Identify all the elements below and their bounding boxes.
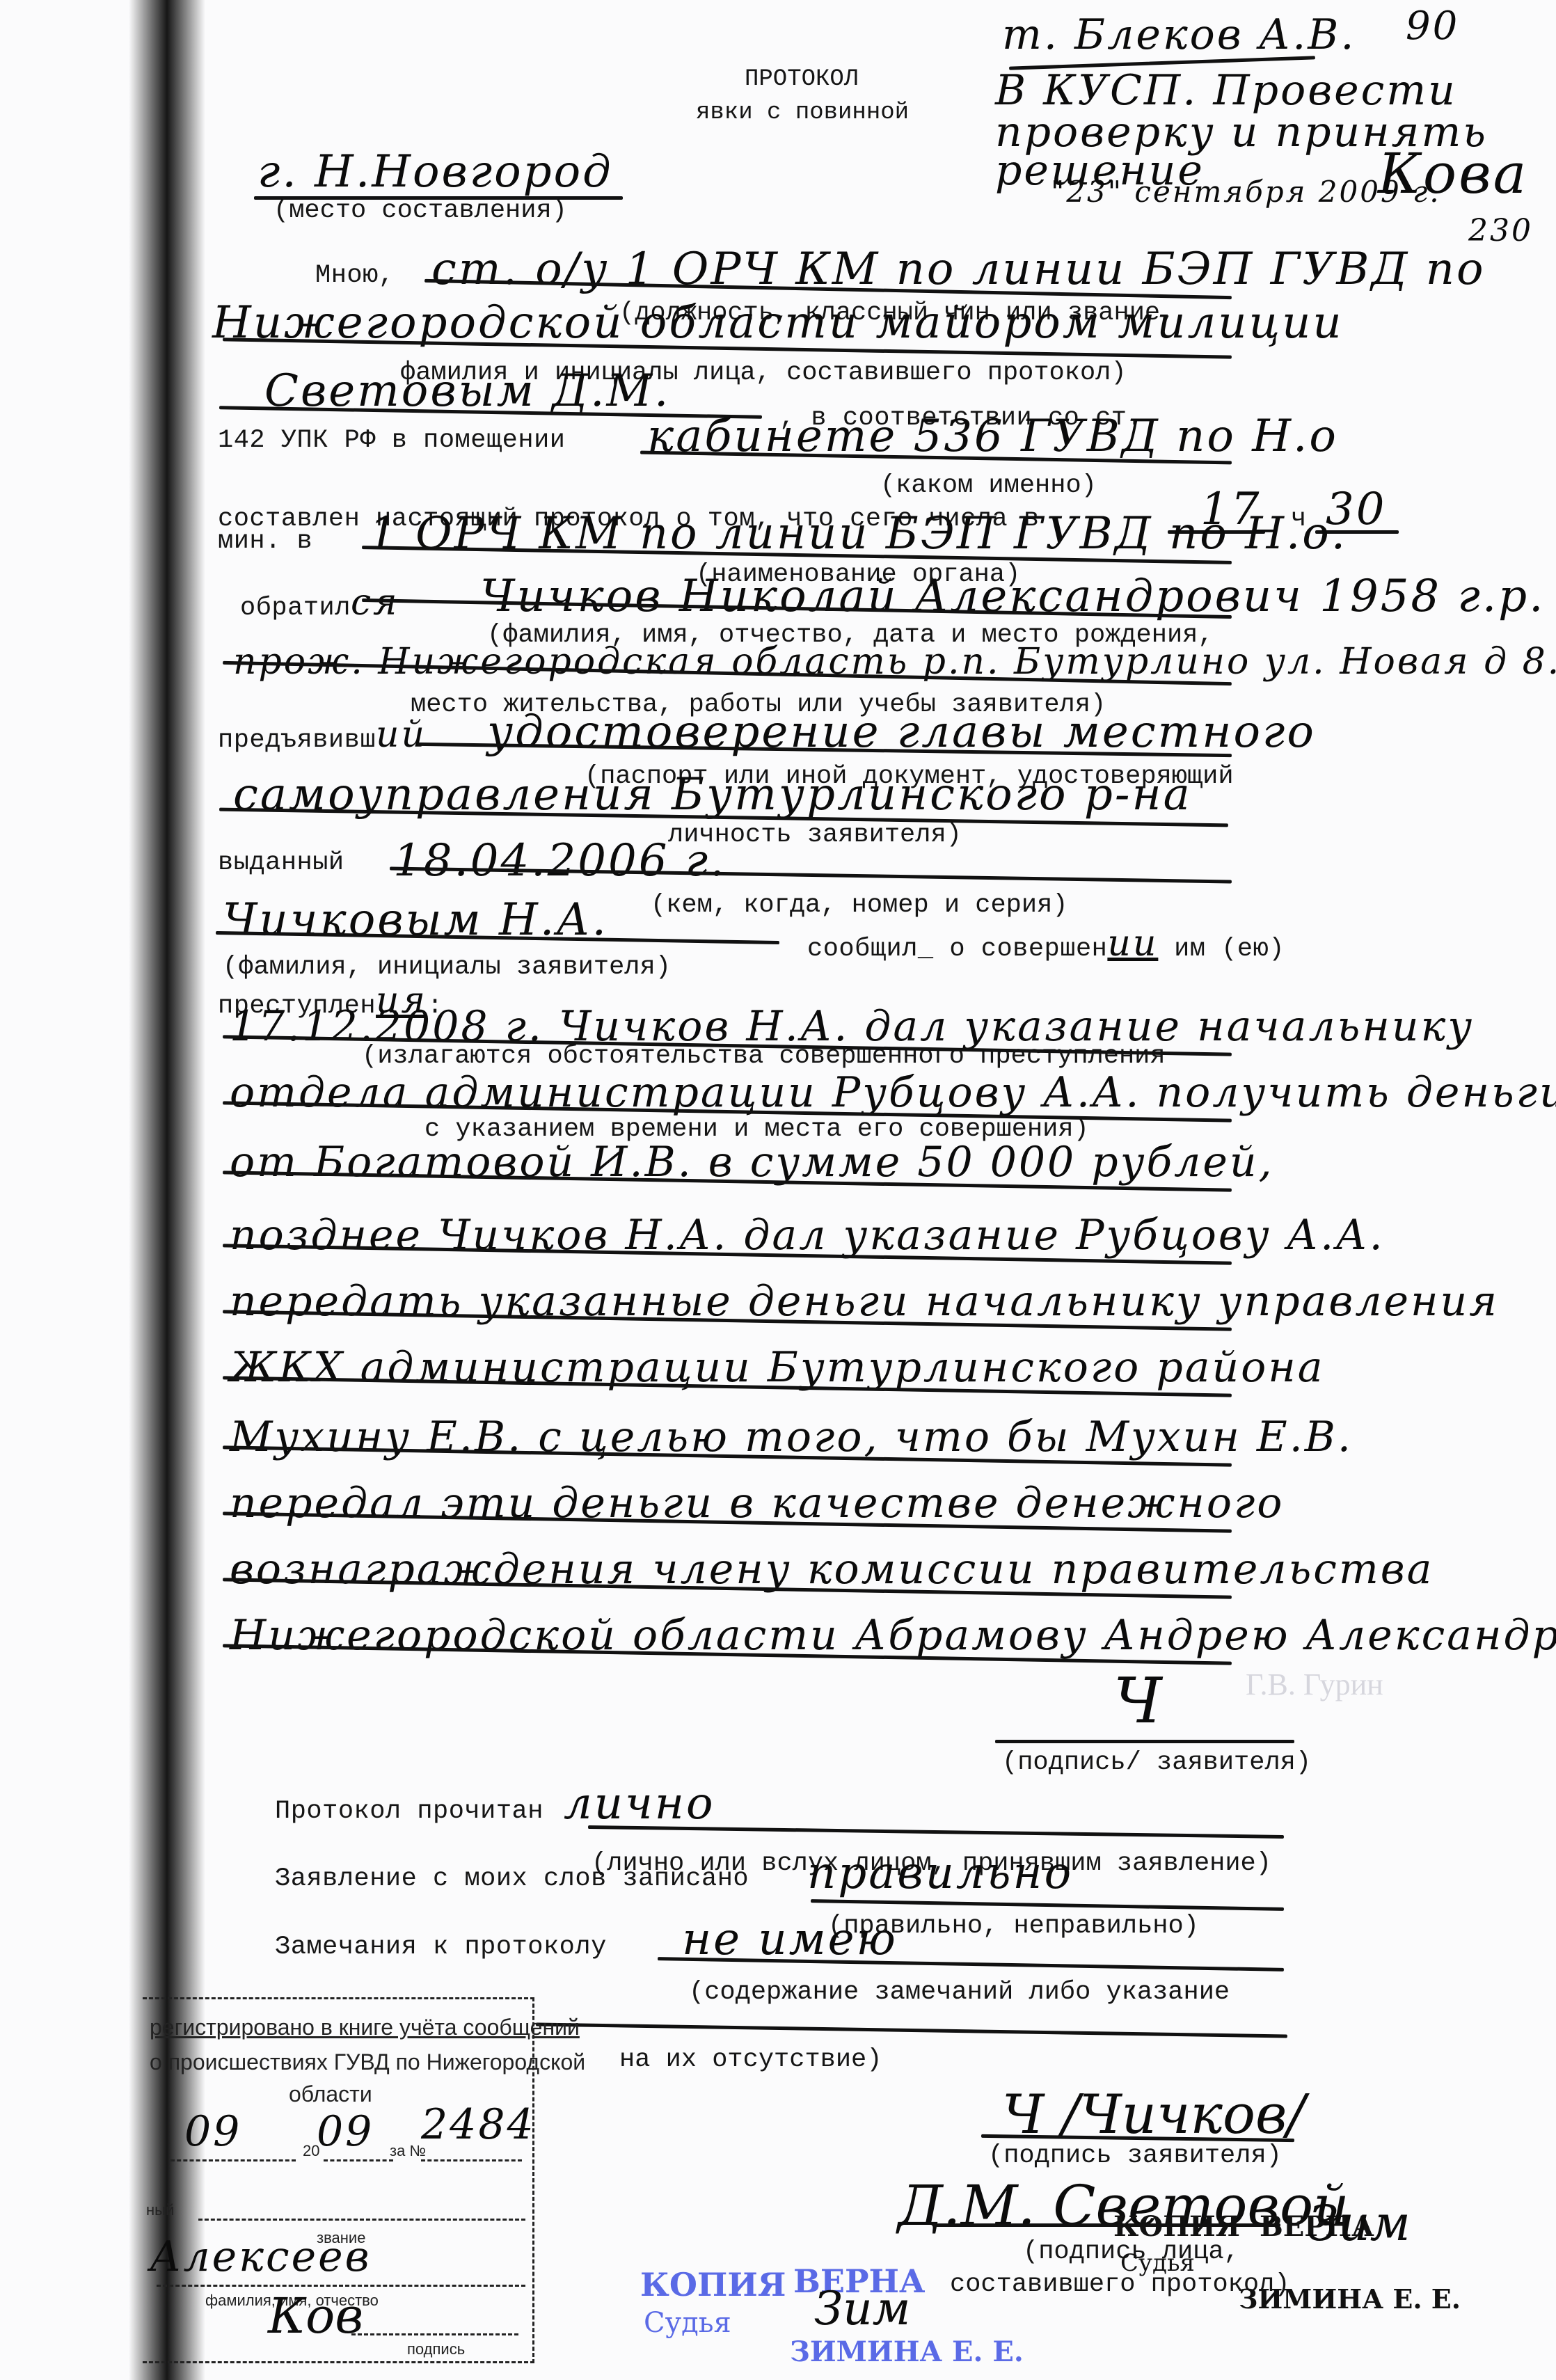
reported-tail: им (ею)	[1174, 935, 1285, 964]
applicant-label-suffix: ся	[351, 582, 399, 624]
read-value: лично	[564, 1782, 715, 1826]
reg-stamp-month: 09	[317, 2111, 374, 2152]
issued-label: выданный	[218, 850, 344, 876]
dashed-line	[170, 2159, 296, 2163]
copy-stamp-blue-word1: КОПИЯ	[640, 2269, 786, 2301]
scanned-document-page: Г.В. Гурин ПРОТОКОЛ явки с повинной т. Б…	[0, 0, 1556, 2380]
copy-stamp-black-word1: КОПИЯ	[1113, 2210, 1240, 2243]
document-label-prefix: предъявивш	[218, 726, 376, 755]
document-subtitle: явки с повинной	[696, 100, 909, 126]
applicant-label: обратился	[240, 585, 399, 621]
final-signature: Ч /Чичков/	[1002, 2088, 1305, 2142]
reg-stamp-signature-caption: подпись	[407, 2340, 465, 2358]
remarks-caption-2: на их отсутствие)	[619, 2047, 882, 2073]
dashed-line	[324, 2159, 393, 2163]
applicant-label-prefix: обратил	[240, 594, 351, 623]
reg-stamp-line-3: области	[289, 2081, 372, 2107]
document-label: предъявивший	[218, 717, 427, 754]
recorded-label: Заявление с моих слов записано	[275, 1866, 749, 1892]
resolution-number-bottom: 230	[1468, 216, 1533, 246]
remarks-caption-1: (содержание замечаний либо указание	[689, 1980, 1230, 2006]
remarks-value: не имею	[682, 1917, 898, 1962]
copy-stamp-black-role: Судья	[1120, 2251, 1195, 2275]
remarks-label: Замечания к протоколу	[275, 1935, 607, 1960]
reported-text: сообщил_ о совершении им (ею)	[807, 926, 1285, 962]
resolution-addressee: т. Блеков А.В.	[1002, 14, 1356, 56]
reported-text-prefix: сообщил_ о совершен	[807, 935, 1107, 964]
resolution-note: т. Блеков А.В. 90 В КУСП. Провести прове…	[988, 7, 1545, 237]
applicant-signature-mark: Ч	[1113, 1670, 1162, 1733]
compiler-label: Мною,	[315, 263, 395, 289]
reg-stamp-rank-label: ный	[146, 2201, 174, 2219]
bleed-through-text: Г.В. Гурин	[1246, 1667, 1383, 1702]
judge-signature: Зим	[1308, 2199, 1411, 2248]
compiler-rank: Нижегородской области майором милиции	[212, 301, 1344, 345]
final-signature-caption: (подпись заявителя)	[988, 2143, 1282, 2169]
reg-stamp-number: 2484	[421, 2104, 536, 2145]
document-title: ПРОТОКОЛ	[745, 66, 858, 93]
reg-stamp-signature: Ков	[268, 2292, 363, 2340]
reg-stamp-name: Алексеев	[150, 2236, 372, 2278]
resolution-number-top: 90	[1406, 7, 1459, 46]
reg-stamp-line-1: регистрировано в книге учёта сообщений	[150, 2015, 580, 2040]
underline	[536, 2023, 1287, 2038]
resolution-signature: Кова	[1378, 146, 1528, 202]
copy-stamp-blue-role: Судья	[644, 2309, 731, 2337]
recorded-value: правильно	[807, 1851, 1073, 1896]
applicant-caption-5: (кем, когда, номер и серия)	[651, 893, 1068, 919]
room-caption: (каком именно)	[880, 473, 1097, 499]
law-prefix: 142 УПК РФ в помещении	[218, 428, 565, 454]
judge-signature-blue: Зим	[814, 2286, 910, 2332]
dashed-line	[421, 2159, 522, 2163]
applicant-signature-caption: (подпись/ заявителя)	[1002, 1750, 1311, 1776]
place-value: г. Н.Новгород	[257, 150, 613, 194]
reg-stamp-line-2: о происшествиях ГУВД по Нижегородской	[150, 2049, 585, 2075]
document-label-suffix: ий	[376, 714, 427, 756]
registration-stamp: регистрировано в книге учёта сообщений о…	[143, 1997, 534, 2363]
reg-stamp-day: 09	[184, 2111, 241, 2152]
applicant-caption-6: (фамилия, инициалы заявителя)	[223, 955, 671, 981]
minutes-label: мин. в	[218, 529, 312, 555]
copy-stamp-black-name: ЗИМИНА Е. Е.	[1239, 2286, 1461, 2312]
dashed-line	[198, 2219, 525, 2222]
underline	[995, 1740, 1294, 1743]
reported-suffix: ии	[1107, 923, 1158, 965]
compiler-name: Световым Д.М.	[264, 369, 670, 413]
issued-value: 18.04.2006 г.	[393, 839, 726, 883]
copy-stamp-blue-name: ЗИМИНА Е. Е.	[790, 2338, 1024, 2366]
place-caption: (место составления)	[273, 198, 567, 224]
resolution-line: В КУСП. Провести	[995, 70, 1457, 111]
dashed-line	[351, 2333, 518, 2337]
underline	[588, 1825, 1284, 1839]
read-label: Протокол прочитан	[275, 1799, 543, 1825]
underline	[811, 1899, 1284, 1911]
